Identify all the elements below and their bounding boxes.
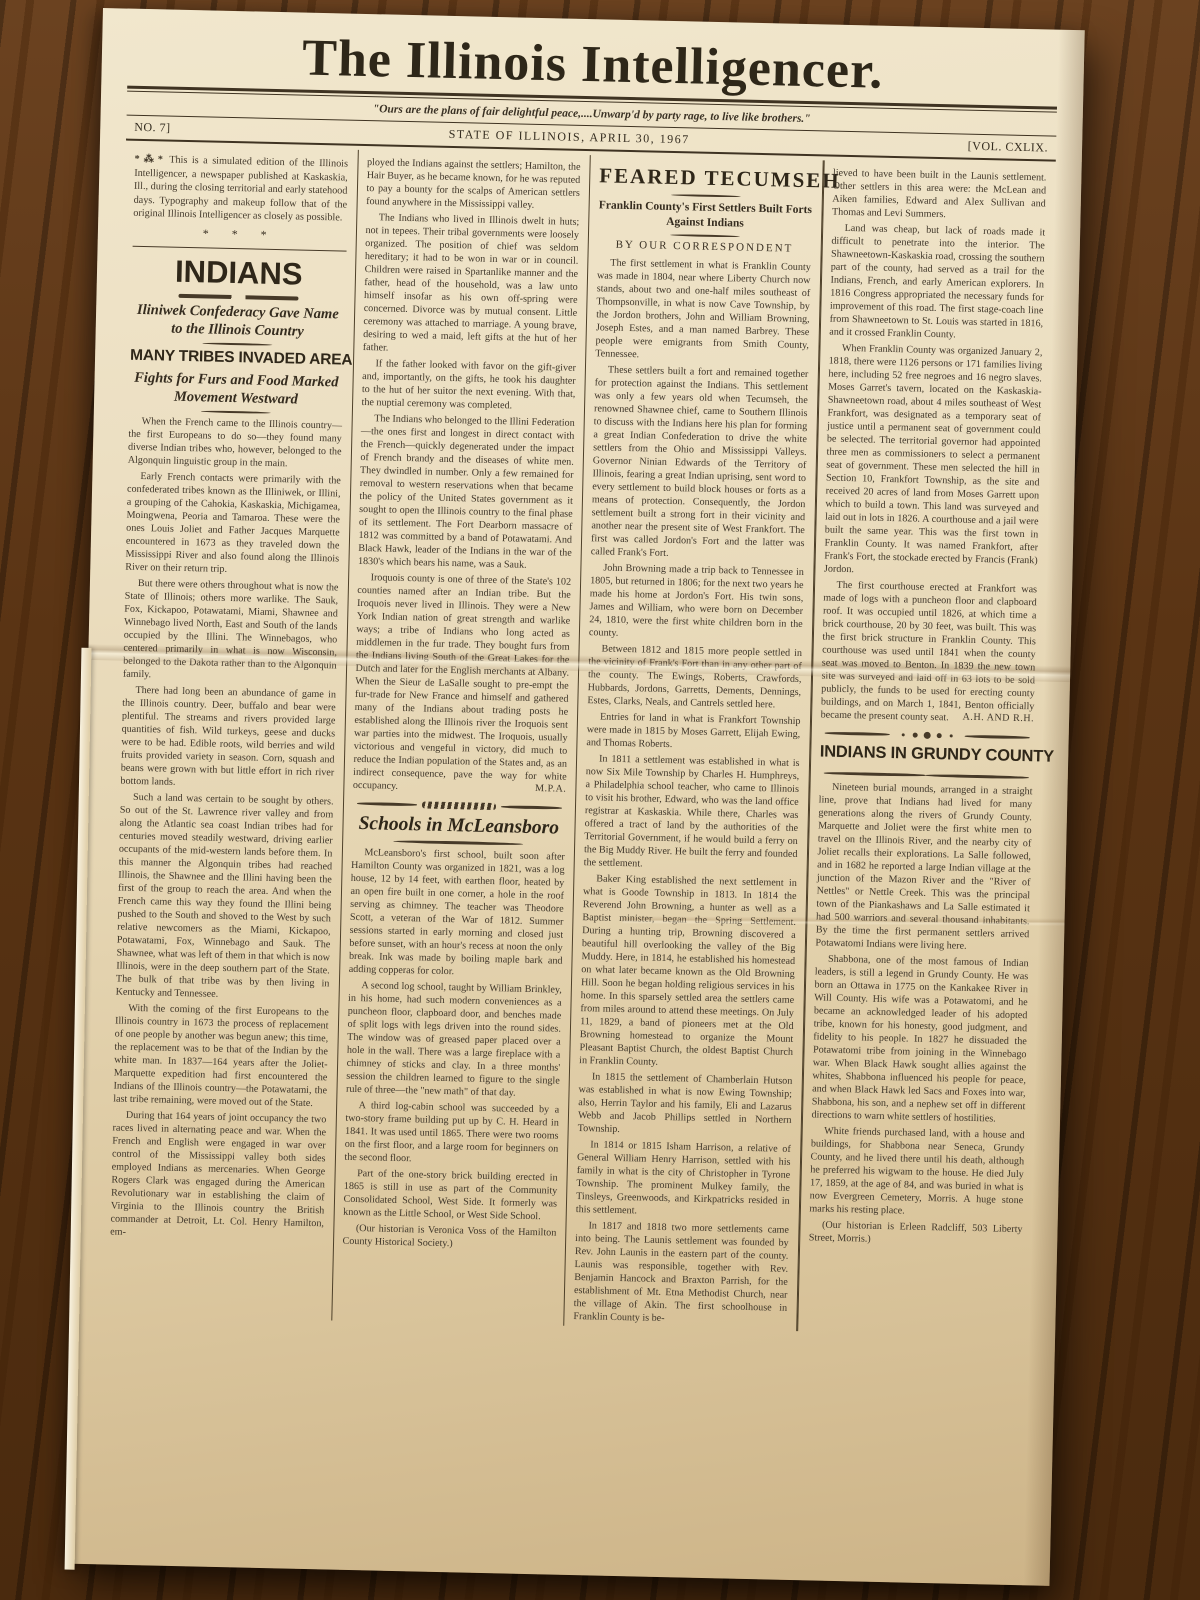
paragraph: lieved to have been built in the Launis … <box>832 167 1047 224</box>
paragraph: The first settlement in what is Franklin… <box>595 256 811 365</box>
asterisk-divider-icon: * * * <box>133 224 347 244</box>
paragraph: Land was cheap, but lack of roads made i… <box>829 222 1045 344</box>
paragraph: But there were others throughout what is… <box>123 577 339 686</box>
wood-table: The Illinois Intelligencer. "Ours are th… <box>0 0 1200 1600</box>
tecumseh-rule <box>671 194 741 198</box>
paragraph: Such a land was certain to be sought by … <box>116 791 334 1004</box>
column-1: *⁂* This is a simulated edition of the I… <box>99 145 357 1321</box>
paragraph: When Franklin County was organized Janua… <box>824 342 1043 581</box>
paragraph: There had long been an abundance of game… <box>120 684 336 793</box>
indians-body-col2: ployed the Indians against the settlers;… <box>353 156 581 797</box>
paragraph: In 1817 and 1818 two more settlements ca… <box>573 1219 789 1328</box>
newspaper-title: The Illinois Intelligencer. <box>127 25 1058 105</box>
issue-number: NO. 7] <box>134 120 171 136</box>
deck-rule2 <box>201 410 271 414</box>
paragraph: (Our historian is Erleen Radcliff, 503 L… <box>809 1218 1023 1249</box>
tecumseh-body-col3: The first settlement in what is Franklin… <box>573 256 811 1328</box>
indians-body-col1: When the French came to the Illinois cou… <box>110 415 342 1244</box>
scroll-ornament-icon <box>422 801 496 810</box>
schools-underline <box>393 840 523 846</box>
masthead: The Illinois Intelligencer. "Ours are th… <box>126 25 1058 162</box>
divider-ornament-icon <box>356 800 562 812</box>
grundy-body: Nineteen burial mounds, arranged in a st… <box>809 780 1033 1249</box>
paragraph: In 1815 the settlement of Chamberlain Hu… <box>578 1070 793 1140</box>
paragraph: McLeansboro's first school, built soon a… <box>349 846 565 981</box>
paragraph: Part of the one-story brick building ere… <box>343 1167 558 1224</box>
paragraph: Entries for land in what is Frankfort To… <box>586 710 800 754</box>
paragraph: Nineteen burial mounds, arranged in a st… <box>815 780 1032 954</box>
paragraph: Between 1812 and 1815 more people settle… <box>587 642 802 712</box>
paragraph: White friends purchased land, with a hou… <box>809 1124 1025 1220</box>
paragraph: If the father looked with favor on the g… <box>361 357 576 414</box>
grundy-top-ornament-icon <box>824 730 1030 742</box>
paragraph: ployed the Indians against the settlers;… <box>366 156 581 213</box>
headline-underline <box>178 294 298 301</box>
indians-subhead: MANY TRIBES INVADED AREA <box>130 347 344 370</box>
paragraph: Early French contacts were primarily wit… <box>125 470 341 579</box>
column-4: lieved to have been built in the Launis … <box>797 160 1056 1336</box>
schools-headline: Schools in McLeansboro <box>352 813 566 840</box>
grundy-bottom-ornament-icon <box>823 772 1029 779</box>
paragraph: In 1814 or 1815 Isham Harrison, a relati… <box>576 1138 791 1221</box>
paragraph: Iroquois county is one of three of the S… <box>353 571 571 797</box>
tecumseh-deck: Franklin County's First Settlers Built F… <box>598 198 812 233</box>
asterism-icon: *⁂* <box>134 154 165 166</box>
dateline: STATE OF ILLINOIS, APRIL 30, 1967 <box>448 127 689 147</box>
paragraph: Baker King established the next settleme… <box>579 872 797 1072</box>
editors-note: *⁂* This is a simulated edition of the I… <box>133 153 348 225</box>
editors-note-text: This is a simulated edition of the Illin… <box>133 155 348 224</box>
tecumseh-headline: FEARED TECUMSEH <box>599 163 813 193</box>
volume-number: [VOL. CXLIX. <box>968 139 1049 156</box>
paragraph: These settlers built a fort and remained… <box>591 363 809 563</box>
tecumseh-body-col4: lieved to have been built in the Launis … <box>820 167 1046 727</box>
grundy-headline: INDIANS IN GRUNDY COUNTY <box>820 742 1034 766</box>
dot-ornament-icon <box>923 732 930 739</box>
paragraph: (Our historian is Veronica Voss of the H… <box>342 1222 556 1253</box>
column-layout: *⁂* This is a simulated edition of the I… <box>99 145 1055 1337</box>
paragraph: The Indians who lived in Illinois dwelt … <box>363 211 580 359</box>
paragraph: With the coming of the first Europeans t… <box>113 1002 329 1111</box>
column-2: ployed the Indians against the settlers;… <box>331 150 590 1326</box>
newspaper-page: The Illinois Intelligencer. "Ours are th… <box>68 8 1085 1586</box>
indians-deck2: Fights for Furs and Food Marked Movement… <box>131 369 341 410</box>
paragraph: During that 164 years of joint occupancy… <box>110 1109 326 1244</box>
paragraph: The Indians who belonged to the Illini F… <box>358 412 575 573</box>
paragraph: The first courthouse erected at Frankfor… <box>820 578 1037 726</box>
paragraph: A third log-cabin school was succeeded b… <box>344 1099 559 1169</box>
schools-body: McLeansboro's first school, built soon a… <box>342 846 565 1253</box>
paragraph: Shabbona, one of the most famous of Indi… <box>811 952 1028 1126</box>
paragraph: In 1811 a settlement was established in … <box>584 752 800 874</box>
tecumseh-rule2 <box>670 234 740 238</box>
indians-deck: Iliniwek Confederacy Gave Name to the Il… <box>133 301 343 342</box>
paragraph: When the French came to the Illinois cou… <box>128 415 343 472</box>
paragraph: A second log school, taught by William B… <box>346 979 562 1101</box>
indians-headline: INDIANS <box>132 253 346 294</box>
section-rule <box>133 245 346 251</box>
tecumseh-byline: BY OUR CORRESPONDENT <box>598 238 812 255</box>
deck-rule <box>202 342 272 346</box>
column-3: FEARED TECUMSEH Franklin County's First … <box>563 155 823 1331</box>
paragraph: John Browning made a trip back to Tennes… <box>589 561 804 644</box>
